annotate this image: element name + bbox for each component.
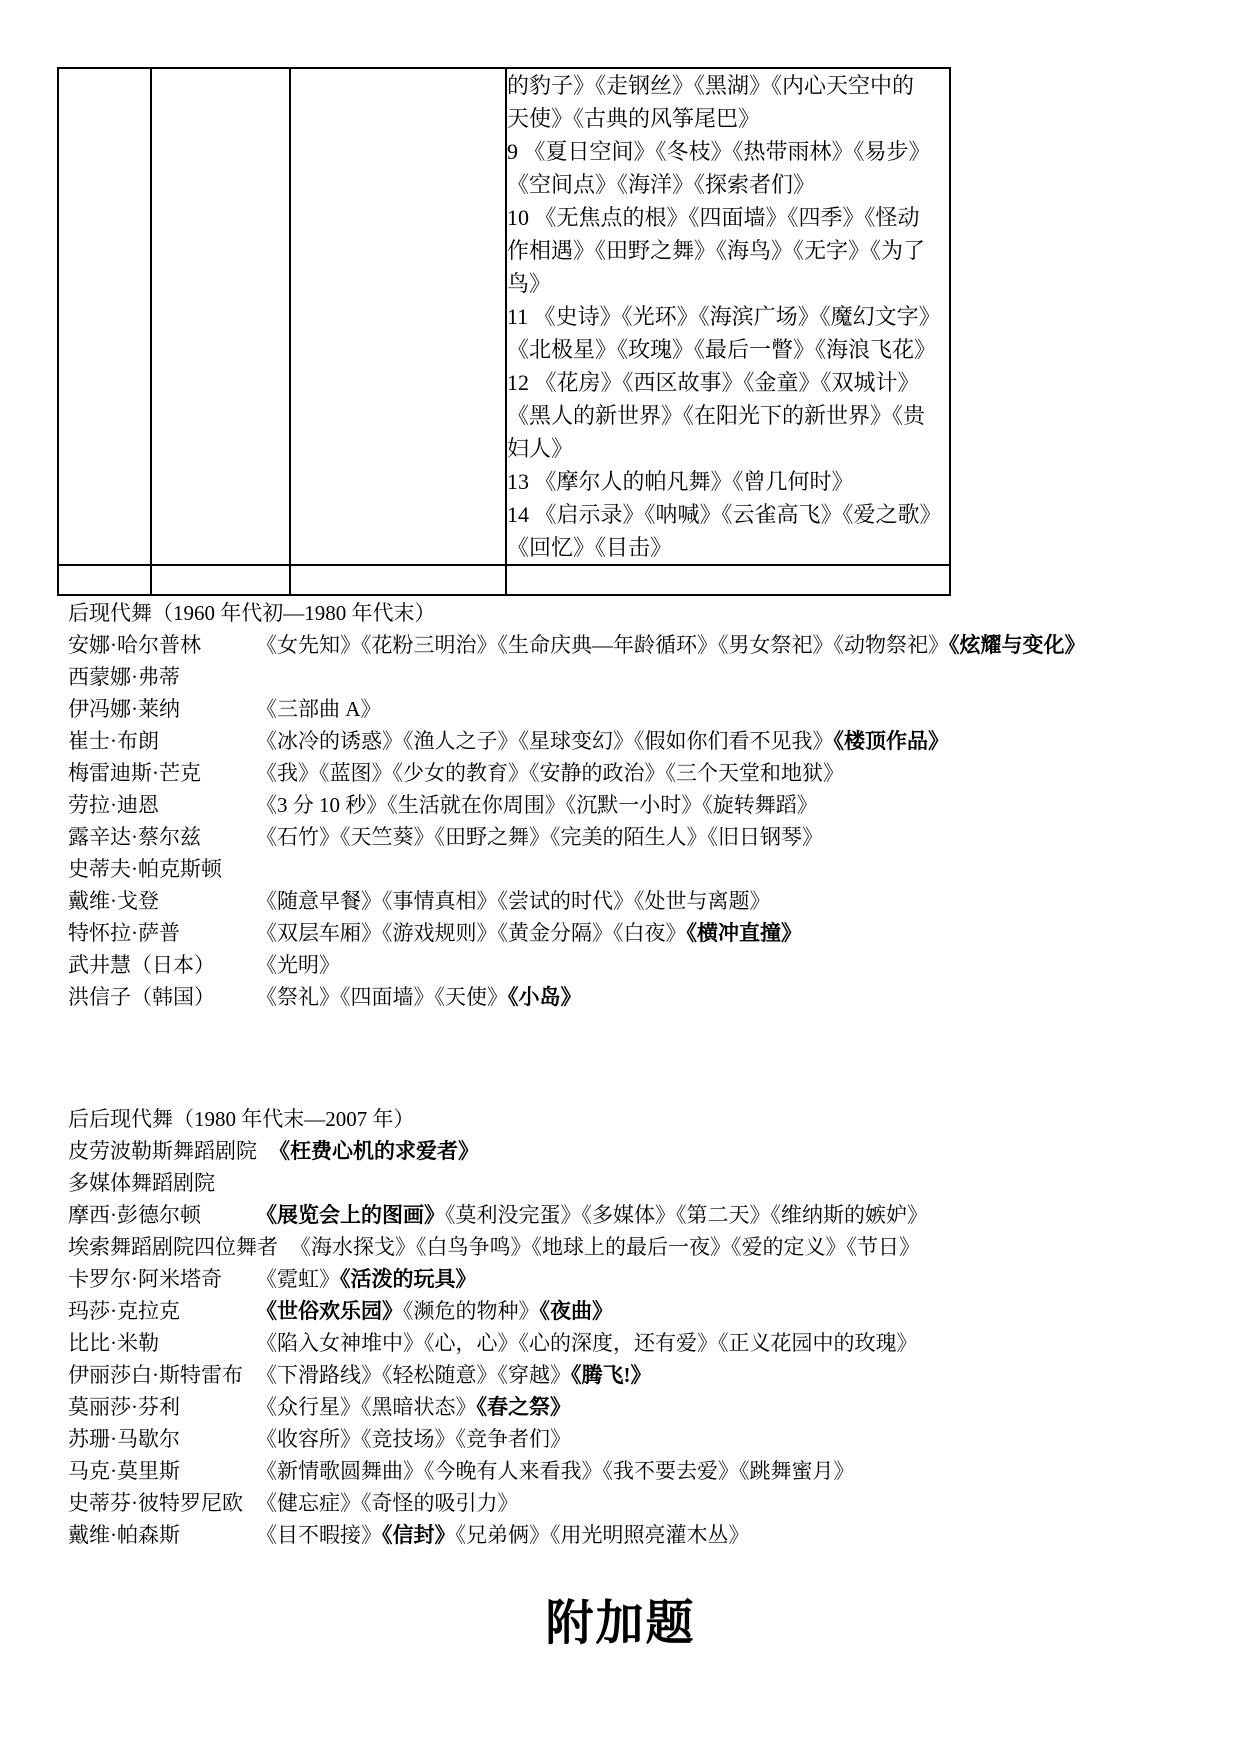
section-heading: 后现代舞（1960 年代初—1980 年代末） xyxy=(68,597,1228,629)
works-cell-line: 9 《夏日空间》《冬枝》《热带雨林》《易步》 xyxy=(507,135,949,168)
works-cell-line: 《黑人的新世界》《在阳光下的新世界》《贵 xyxy=(507,399,949,432)
works-cell-line: 《北极星》《玫瑰》《最后一瞥》《海浪飞花》 xyxy=(507,333,949,366)
choreographer-name: 戴维·帕森斯 xyxy=(68,1519,256,1551)
work-title: 《光明》 xyxy=(256,953,340,977)
extra-questions-heading: 附加题 xyxy=(0,1584,1241,1653)
choreographer-name: 玛莎·克拉克 xyxy=(68,1295,256,1327)
works-list: 《双层车厢》《游戏规则》《黄金分隔》《白夜》《横冲直撞》 xyxy=(256,917,802,949)
works-list: 《3 分 10 秒》《生活就在你周围》《沉默一小时》《旋转舞蹈》 xyxy=(256,789,818,821)
work-title: 《收容所》《竞技场》《竞争者们》 xyxy=(256,1427,571,1451)
work-title-bold: 《炫耀与变化》 xyxy=(949,633,1086,657)
list-row: 皮劳波勒斯舞蹈剧院《枉费心机的求爱者》 xyxy=(68,1135,1228,1167)
choreographer-name: 比比·米勒 xyxy=(68,1327,256,1359)
table-cell-empty-6 xyxy=(290,565,506,595)
works-list: 《霓虹》《活泼的玩具》 xyxy=(256,1263,477,1295)
list-row: 莫丽莎·芬利《众行星》《黑暗状态》《春之祭》 xyxy=(68,1391,1228,1423)
work-title: 《冰冷的诱惑》《渔人之子》《星球变幻》《假如你们看不见我》 xyxy=(256,729,834,753)
work-title-bold: 《春之祭》 xyxy=(477,1395,572,1419)
works-list: 《祭礼》《四面墙》《天使》《小岛》 xyxy=(256,981,582,1013)
choreographer-name: 崔士·布朗 xyxy=(68,725,256,757)
work-title: 《下滑路线》《轻松随意》《穿越》 xyxy=(256,1363,571,1387)
work-title: 《三部曲 A》 xyxy=(256,697,381,721)
work-title: 《濒危的物种》 xyxy=(403,1299,540,1323)
choreographer-name: 埃索舞蹈剧院四位舞者 xyxy=(68,1231,290,1263)
work-title: 《海水探戈》《白鸟争鸣》《地球上的最后一夜》《爱的定义》《节日》 xyxy=(290,1235,920,1259)
choreographer-name: 马克·莫里斯 xyxy=(68,1455,256,1487)
works-cell-line: 天使》《古典的风筝尾巴》 xyxy=(507,102,949,135)
list-row: 梅雷迪斯·芒克《我》《蓝图》《少女的教育》《安静的政治》《三个天堂和地狱》 xyxy=(68,757,1228,789)
list-row: 安娜·哈尔普林《女先知》《花粉三明治》《生命庆典—年龄循环》《男女祭祀》《动物祭… xyxy=(68,629,1228,661)
work-title: 《新情歌圆舞曲》《今晚有人来看我》《我不要去爱》《跳舞蜜月》 xyxy=(256,1459,855,1483)
works-list: 《石竹》《天竺葵》《田野之舞》《完美的陌生人》《旧日钢琴》 xyxy=(256,821,823,853)
works-cell-line: 13 《摩尔人的帕凡舞》《曾几何时》 xyxy=(507,465,949,498)
table-cell-empty-2 xyxy=(151,68,290,565)
works-cell-line: 的豹子》《走钢丝》《黑湖》《内心天空中的 xyxy=(507,69,949,102)
works-list: 《海水探戈》《白鸟争鸣》《地球上的最后一夜》《爱的定义》《节日》 xyxy=(290,1231,920,1263)
choreographer-name: 武井慧（日本） xyxy=(68,949,256,981)
list-row: 比比·米勒《陷入女神堆中》《心，心》《心的深度，还有爱》《正义花园中的玫瑰》 xyxy=(68,1327,1228,1359)
works-list: 《新情歌圆舞曲》《今晚有人来看我》《我不要去爱》《跳舞蜜月》 xyxy=(256,1455,855,1487)
works-cell-line: 12 《花房》《西区故事》《金童》《双城计》 xyxy=(507,366,949,399)
works-list: 《下滑路线》《轻松随意》《穿越》《腾飞!》 xyxy=(256,1359,652,1391)
work-title-bold: 《横冲直撞》 xyxy=(687,921,803,945)
list-row: 露辛达·蔡尔兹《石竹》《天竺葵》《田野之舞》《完美的陌生人》《旧日钢琴》 xyxy=(68,821,1228,853)
choreographer-name: 皮劳波勒斯舞蹈剧院 xyxy=(68,1135,269,1167)
table-row-blank xyxy=(58,565,950,595)
section-1: 后后现代舞（1980 年代末—2007 年）皮劳波勒斯舞蹈剧院《枉费心机的求爱者… xyxy=(68,1103,1228,1551)
list-row: 洪信子（韩国）《祭礼》《四面墙》《天使》《小岛》 xyxy=(68,981,1228,1013)
works-list: 《展览会上的图画》《莫利没完蛋》《多媒体》《第二天》《维纳斯的嫉妒》 xyxy=(256,1199,928,1231)
choreographer-name: 洪信子（韩国） xyxy=(68,981,256,1013)
work-title-bold: 《信封》 xyxy=(382,1523,456,1547)
list-row: 戴维·戈登《随意早餐》《事情真相》《尝试的时代》《处世与离题》 xyxy=(68,885,1228,917)
choreographer-name: 莫丽莎·芬利 xyxy=(68,1391,256,1423)
works-cell-line: 11 《史诗》《光环》《海滨广场》《魔幻文字》 xyxy=(507,300,949,333)
table-cell-empty-4 xyxy=(58,565,151,595)
works-cell-line: 《回忆》《目击》 xyxy=(507,531,949,564)
works-list: 《目不暇接》《信封》《兄弟俩》《用光明照亮灌木丛》 xyxy=(256,1519,750,1551)
work-title-bold: 《枉费心机的求爱者》 xyxy=(269,1139,479,1163)
list-row: 伊冯娜·莱纳《三部曲 A》 xyxy=(68,693,1228,725)
list-row: 史蒂芬·彼特罗尼欧《健忘症》《奇怪的吸引力》 xyxy=(68,1487,1228,1519)
section-0: 后现代舞（1960 年代初—1980 年代末）安娜·哈尔普林《女先知》《花粉三明… xyxy=(68,597,1228,1013)
choreographer-name: 露辛达·蔡尔兹 xyxy=(68,821,256,853)
work-title-bold: 《活泼的玩具》 xyxy=(340,1267,477,1291)
choreographer-name: 安娜·哈尔普林 xyxy=(68,629,256,661)
works-cell-line: 作相遇》《田野之舞》《海鸟》《无字》《为了 xyxy=(507,234,949,267)
dance-works-table: 的豹子》《走钢丝》《黑湖》《内心天空中的天使》《古典的风筝尾巴》9 《夏日空间》… xyxy=(57,67,951,596)
works-cell-line: 14 《启示录》《呐喊》《云雀高飞》《爱之歌》 xyxy=(507,498,949,531)
works-list: 《收容所》《竞技场》《竞争者们》 xyxy=(256,1423,571,1455)
work-title: 《我》《蓝图》《少女的教育》《安静的政治》《三个天堂和地狱》 xyxy=(256,761,844,785)
choreographer-name: 卡罗尔·阿米塔奇 xyxy=(68,1263,256,1295)
work-title: 《双层车厢》《游戏规则》《黄金分隔》《白夜》 xyxy=(256,921,687,945)
choreographer-name: 西蒙娜·弗蒂 xyxy=(68,661,256,693)
works-list: 《众行星》《黑暗状态》《春之祭》 xyxy=(256,1391,571,1423)
work-title: 《目不暇接》 xyxy=(256,1523,382,1547)
table-cell-empty-3 xyxy=(290,68,506,565)
work-title: 《石竹》《天竺葵》《田野之舞》《完美的陌生人》《旧日钢琴》 xyxy=(256,825,823,849)
list-row: 戴维·帕森斯《目不暇接》《信封》《兄弟俩》《用光明照亮灌木丛》 xyxy=(68,1519,1228,1551)
works-list: 《女先知》《花粉三明治》《生命庆典—年龄循环》《男女祭祀》《动物祭祀》《炫耀与变… xyxy=(256,629,1086,661)
work-title: 《3 分 10 秒》《生活就在你周围》《沉默一小时》《旋转舞蹈》 xyxy=(256,793,818,817)
works-list: 《光明》 xyxy=(256,949,340,981)
choreographer-name: 史蒂夫·帕克斯顿 xyxy=(68,853,256,885)
list-row: 伊丽莎白·斯特雷布《下滑路线》《轻松随意》《穿越》《腾飞!》 xyxy=(68,1359,1228,1391)
list-row: 苏珊·马歇尔《收容所》《竞技场》《竞争者们》 xyxy=(68,1423,1228,1455)
list-row: 西蒙娜·弗蒂 xyxy=(68,661,1228,693)
works-list: 《世俗欢乐园》《濒危的物种》《夜曲》 xyxy=(256,1295,613,1327)
list-row: 劳拉·迪恩《3 分 10 秒》《生活就在你周围》《沉默一小时》《旋转舞蹈》 xyxy=(68,789,1228,821)
table-cell-empty-7 xyxy=(506,565,950,595)
section-heading: 后后现代舞（1980 年代末—2007 年） xyxy=(68,1103,1228,1135)
choreographer-name: 伊丽莎白·斯特雷布 xyxy=(68,1359,256,1391)
list-row: 多媒体舞蹈剧院 xyxy=(68,1167,1228,1199)
works-cell-line: 《空间点》《海洋》《探索者们》 xyxy=(507,168,949,201)
works-cell-line: 10 《无焦点的根》《四面墙》《四季》《怪动 xyxy=(507,201,949,234)
list-row: 埃索舞蹈剧院四位舞者《海水探戈》《白鸟争鸣》《地球上的最后一夜》《爱的定义》《节… xyxy=(68,1231,1228,1263)
work-title-bold: 《小岛》 xyxy=(508,985,582,1009)
work-title: 《众行星》《黑暗状态》 xyxy=(256,1395,477,1419)
choreographer-lists: 后现代舞（1960 年代初—1980 年代末）安娜·哈尔普林《女先知》《花粉三明… xyxy=(68,597,1228,1551)
choreographer-name: 特怀拉·萨普 xyxy=(68,917,256,949)
list-row: 武井慧（日本）《光明》 xyxy=(68,949,1228,981)
list-row: 玛莎·克拉克《世俗欢乐园》《濒危的物种》《夜曲》 xyxy=(68,1295,1228,1327)
list-row: 特怀拉·萨普《双层车厢》《游戏规则》《黄金分隔》《白夜》《横冲直撞》 xyxy=(68,917,1228,949)
work-title-bold: 《腾飞!》 xyxy=(571,1363,652,1387)
works-cell-line: 妇人》 xyxy=(507,432,949,465)
work-title: 《兄弟俩》《用光明照亮灌木丛》 xyxy=(456,1523,750,1547)
work-title-bold: 《世俗欢乐园》 xyxy=(256,1299,403,1323)
works-list: 《我》《蓝图》《少女的教育》《安静的政治》《三个天堂和地狱》 xyxy=(256,757,844,789)
work-title: 《祭礼》《四面墙》《天使》 xyxy=(256,985,508,1009)
choreographer-name: 伊冯娜·莱纳 xyxy=(68,693,256,725)
list-row: 崔士·布朗《冰冷的诱惑》《渔人之子》《星球变幻》《假如你们看不见我》《楼顶作品》 xyxy=(68,725,1228,757)
work-title: 《陷入女神堆中》《心，心》《心的深度，还有爱》《正义花园中的玫瑰》 xyxy=(256,1331,918,1355)
work-title: 《莫利没完蛋》《多媒体》《第二天》《维纳斯的嫉妒》 xyxy=(445,1203,928,1227)
choreographer-name: 苏珊·马歇尔 xyxy=(68,1423,256,1455)
works-list: 《健忘症》《奇怪的吸引力》 xyxy=(256,1487,519,1519)
list-row: 卡罗尔·阿米塔奇《霓虹》《活泼的玩具》 xyxy=(68,1263,1228,1295)
work-title-bold: 《夜曲》 xyxy=(540,1299,614,1323)
work-title-bold: 《展览会上的图画》 xyxy=(256,1203,445,1227)
work-title: 《女先知》《花粉三明治》《生命庆典—年龄循环》《男女祭祀》《动物祭祀》 xyxy=(256,633,949,657)
choreographer-name: 多媒体舞蹈剧院 xyxy=(68,1167,256,1199)
choreographer-name: 劳拉·迪恩 xyxy=(68,789,256,821)
list-row: 摩西·彭德尔顿《展览会上的图画》《莫利没完蛋》《多媒体》《第二天》《维纳斯的嫉妒… xyxy=(68,1199,1228,1231)
works-list: 《陷入女神堆中》《心，心》《心的深度，还有爱》《正义花园中的玫瑰》 xyxy=(256,1327,918,1359)
work-title: 《健忘症》《奇怪的吸引力》 xyxy=(256,1491,519,1515)
works-list: 《随意早餐》《事情真相》《尝试的时代》《处世与离题》 xyxy=(256,885,771,917)
work-title: 《随意早餐》《事情真相》《尝试的时代》《处世与离题》 xyxy=(256,889,771,913)
choreographer-name: 戴维·戈登 xyxy=(68,885,256,917)
choreographer-name: 摩西·彭德尔顿 xyxy=(68,1199,256,1231)
table-cell-empty-1 xyxy=(58,68,151,565)
works-cell-line: 鸟》 xyxy=(507,267,949,300)
work-title-bold: 《楼顶作品》 xyxy=(834,729,950,753)
list-row: 马克·莫里斯《新情歌圆舞曲》《今晚有人来看我》《我不要去爱》《跳舞蜜月》 xyxy=(68,1455,1228,1487)
work-title: 《霓虹》 xyxy=(256,1267,340,1291)
table-cell-empty-5 xyxy=(151,565,290,595)
works-list: 《冰冷的诱惑》《渔人之子》《星球变幻》《假如你们看不见我》《楼顶作品》 xyxy=(256,725,949,757)
list-row: 史蒂夫·帕克斯顿 xyxy=(68,853,1228,885)
works-list: 《枉费心机的求爱者》 xyxy=(269,1135,479,1167)
works-list: 《三部曲 A》 xyxy=(256,693,381,725)
table-cell-works: 的豹子》《走钢丝》《黑湖》《内心天空中的天使》《古典的风筝尾巴》9 《夏日空间》… xyxy=(506,68,950,565)
table-row-main: 的豹子》《走钢丝》《黑湖》《内心天空中的天使》《古典的风筝尾巴》9 《夏日空间》… xyxy=(58,68,950,565)
document-page: 的豹子》《走钢丝》《黑湖》《内心天空中的天使》《古典的风筝尾巴》9 《夏日空间》… xyxy=(0,0,1241,1754)
choreographer-name: 梅雷迪斯·芒克 xyxy=(68,757,256,789)
choreographer-name: 史蒂芬·彼特罗尼欧 xyxy=(68,1487,256,1519)
